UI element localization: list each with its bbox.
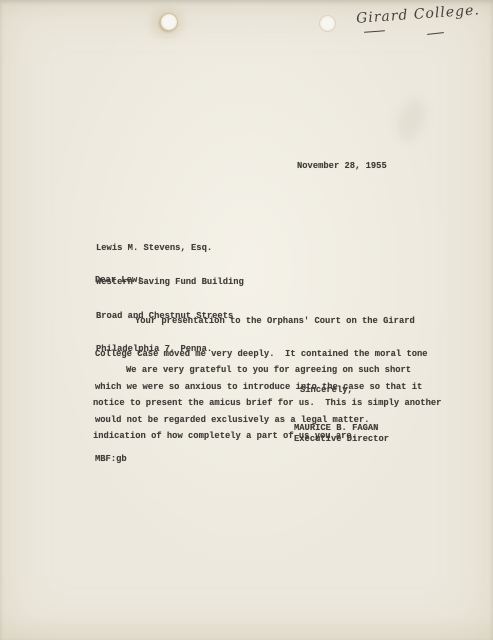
scan-smudge [392,95,430,145]
salutation: Dear Lew: [95,275,143,286]
reference-initials: MBF:gb [95,454,127,465]
paragraph-line: We are very grateful to you for agreeing… [93,365,441,376]
paragraph-line: indication of how completely a part of u… [93,431,441,442]
handwritten-underline-college [427,32,444,35]
letter-date: November 28, 1955 [297,161,387,172]
signature-title: Executive Director [294,434,389,445]
recipient-name: Lewis M. Stevens, Esq. [96,243,244,254]
paragraph-line: notice to present the amicus brief for u… [93,398,441,409]
punch-hole-left [160,13,178,31]
signature-name: MAURICE B. FAGAN [294,423,378,434]
handwritten-annotation: Girard College. [356,1,493,27]
scanned-letter-page: Girard College. November 28, 1955 Lewis … [0,0,493,640]
body-paragraph-2: We are very grateful to you for agreeing… [93,343,441,464]
punch-hole-right [319,15,336,32]
closing-line: Sincerely, [300,385,353,396]
handwritten-underline-girard [364,30,385,33]
paragraph-line: Your presentation to the Orphans' Court … [95,316,428,327]
